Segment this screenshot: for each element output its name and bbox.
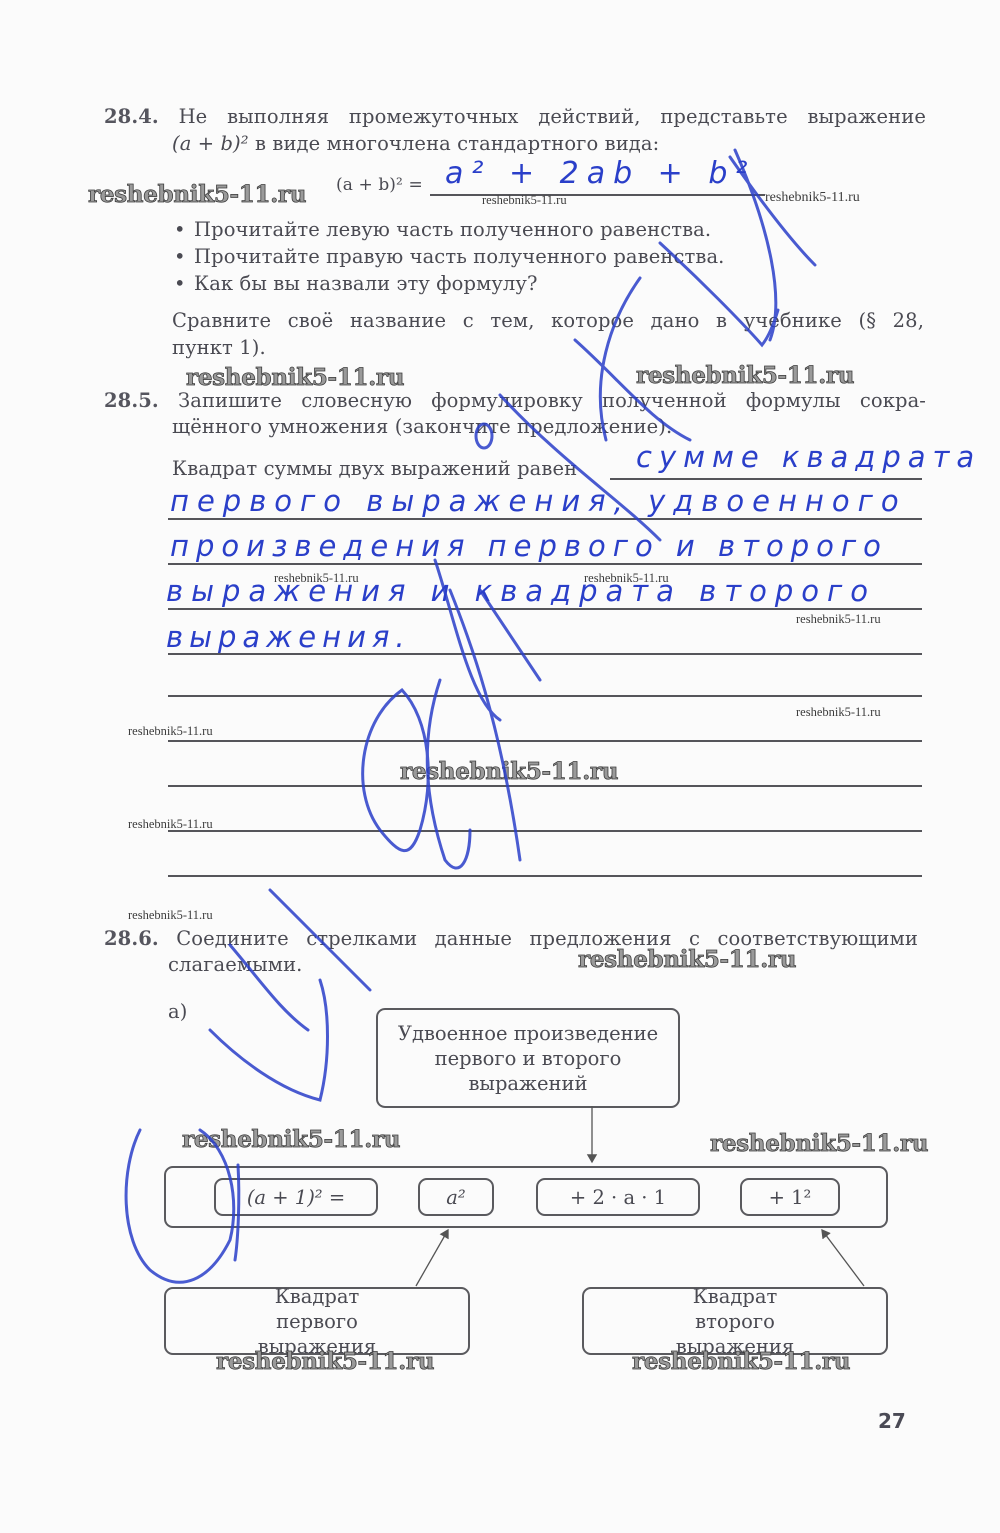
arrow-icon xyxy=(822,1230,864,1286)
arrow-icon xyxy=(416,1230,448,1286)
page-number: 27 xyxy=(878,1409,906,1433)
printed-arrows xyxy=(0,0,1000,1533)
